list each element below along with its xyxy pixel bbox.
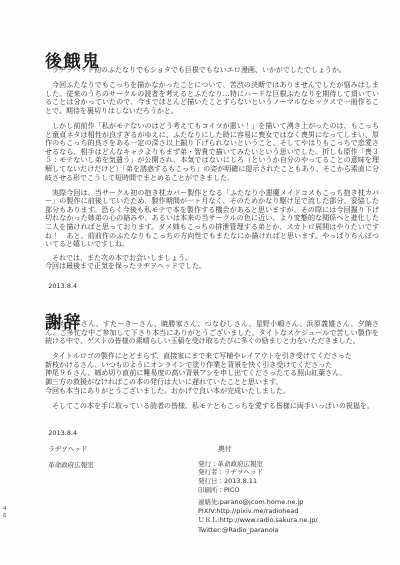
colophon-author: 発行者：ラヂヲヘッド (198, 468, 383, 477)
thanks-guests-paragraph: ちもさくさん、すたーきーさん、暁勝家さん、つなむしさん、星野小嶋さん、浜原義雄さ… (45, 320, 379, 346)
afterword-body: ラヂヲヘッド初のふたなりでもショタでも巨根でもないエロ漫画、いかがでしたでしょう… (45, 66, 379, 290)
afterword-paragraph-2: 今回ふたなりでもこっちを描かなかったことについて、苦渋の決断ではありませんでした… (45, 81, 379, 115)
afterword-paragraph-1: ラヂヲヘッド初のふたなりでもショタでも巨根でもないエロ漫画、いかがでしたでしょう… (45, 66, 379, 75)
colophon-title: 奥付 (218, 445, 383, 454)
colophon-issue-date: 発行日：2013.8.11 (198, 477, 383, 486)
page-number: 4 6 (3, 506, 7, 519)
colophon-contact-lines: 連絡先:parano@jcom.home.ne.jp PIXIV:http://… (198, 498, 383, 536)
afterword-closing-lines: それでは、また次の本でお会いしましょう。 今回は最後まで正気を保ったラヂヲヘッド… (45, 254, 379, 271)
scanned-afterword-page: 後餓鬼 ラヂヲヘッド初のふたなりでもショタでも巨根でもないエロ漫画、いかがでした… (0, 0, 400, 565)
colophon-block: 奥付 発行：革命政府広報室 発行者：ラヂヲヘッド 発行日：2013.8.11 印… (198, 445, 383, 535)
afterword-date: 2013.8.4 (45, 282, 379, 290)
thanks-helpers-paragraph: タイトルロゴの製作にとどまらず、直接家にまで来て写植やレイアウトを引き受けてくだ… (45, 352, 379, 395)
signature-date: 2013.8.4 (45, 429, 379, 437)
afterword-paragraph-3: しかし前前作「私がモテないのはどう考えてもコイツが悪い！」を描いて湧き上がったの… (45, 122, 379, 182)
afterword-paragraph-4: 実際今回は、当サークル初の抱き枕カバー製作となる「ふたなり小悪魔メイドコスもこっ… (45, 189, 379, 249)
colophon-printer: 印刷所：PICO (198, 486, 383, 495)
thanks-readers-paragraph: そしてこの本を手に取っている読者の皆様、私モテともこっちを愛する皆様に両手いっぱ… (45, 402, 379, 411)
